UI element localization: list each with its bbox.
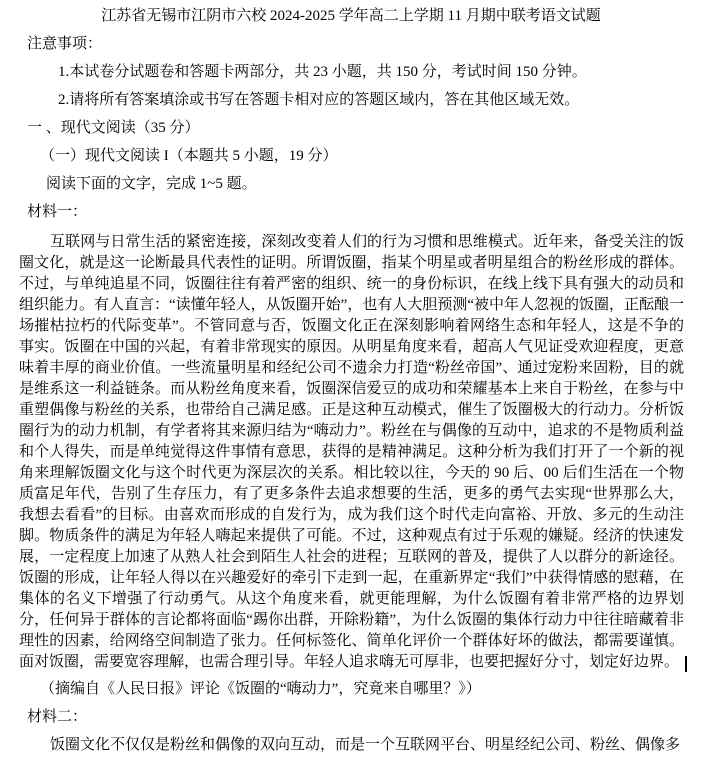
- material-one-attribution: （摘编自《人民日报》评论《饭圈的“嗨动力”，究竟来自哪里？》）: [40, 679, 684, 700]
- subsection-heading-reading-one: （一）现代文阅读 I（本题共 5 小题，19 分）: [40, 142, 702, 170]
- material-two-paragraph: 饭圈文化不仅仅是粉丝和偶像的双向互动，而是一个互联网平台、明星经纪公司、粉丝、偶…: [19, 735, 684, 756]
- reading-instruction: 阅读下面的文字，完成 1~5 题。: [46, 170, 702, 198]
- material-two-label: 材料二：: [27, 707, 702, 728]
- section-heading-modern-reading: 一 、现代文阅读（35 分）: [27, 114, 702, 142]
- page-title: 江苏省无锡市江阴市六校 2024-2025 学年高二上学期 11 月期中联考语文…: [0, 0, 702, 30]
- text-caret: [685, 656, 687, 672]
- material-one-paragraph: 互联网与日常生活的紧密连接，深刻改变着人们的行为习惯和思维模式。近年来，备受关注…: [19, 232, 684, 673]
- notice-item-1: 1.本试卷分试题卷和答题卡两部分，共 23 小题，共 150 分，考试时间 15…: [58, 58, 702, 86]
- notice-item-2: 2.请将所有答案填涂或书写在答题卡相对应的答题区域内，答在其他区域无效。: [58, 86, 702, 114]
- material-one-label: 材料一：: [27, 198, 702, 226]
- notice-heading: 注意事项：: [27, 30, 702, 58]
- document-edit-surface[interactable]: 江苏省无锡市江阴市六校 2024-2025 学年高二上学期 11 月期中联考语文…: [0, 0, 702, 774]
